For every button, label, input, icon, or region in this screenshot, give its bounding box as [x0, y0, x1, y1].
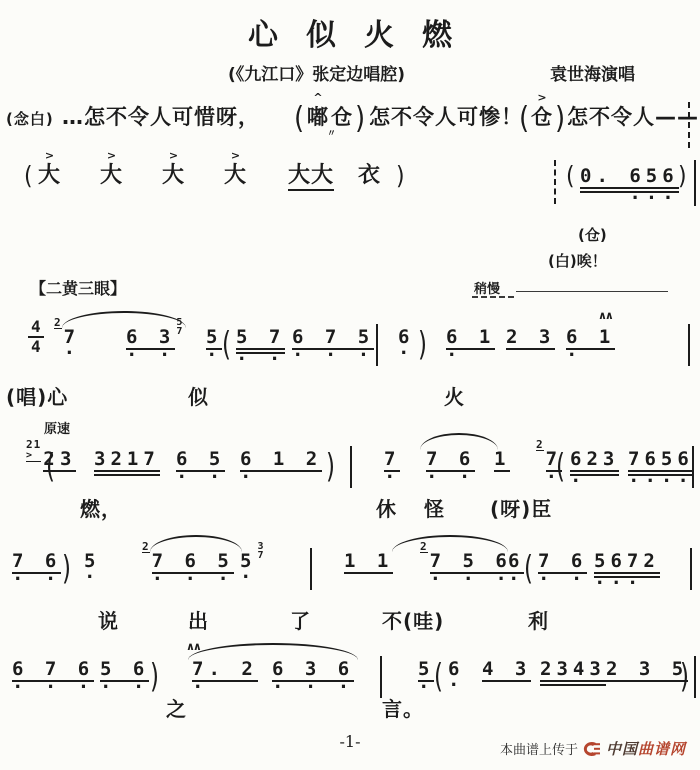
note-stack: (	[524, 550, 533, 576]
note-cell: 7656····	[628, 448, 694, 486]
spoken-annotation-ai: (白)唉！	[548, 250, 607, 271]
note-stack: 5·	[84, 550, 100, 582]
note-cell: 6 1·	[566, 326, 615, 360]
barline	[554, 160, 556, 204]
paren: (	[566, 162, 575, 188]
note-cell: 7. 2·	[192, 658, 258, 692]
tempo-mark-shaoman: 稍慢	[474, 278, 500, 297]
paren-glyph: )	[62, 550, 71, 588]
paren-glyph: )	[418, 326, 427, 364]
note-text: 出	[188, 608, 209, 635]
note-stack: 6 1·	[566, 326, 615, 360]
note-stack: 6 3 6· · ·	[272, 658, 354, 692]
time-signature: 44	[28, 318, 44, 356]
octave-dots: ·	[206, 351, 222, 360]
note-cell: 6 7 5· · ·	[292, 326, 374, 360]
octave-dots: ·	[448, 681, 464, 690]
octave-dots: ·	[446, 351, 495, 360]
note-stack: 大	[38, 162, 61, 189]
octave-dots: · · ·	[272, 683, 354, 692]
barline	[376, 324, 378, 366]
note-text: 5 7	[236, 326, 285, 350]
paren: (	[24, 162, 33, 188]
note-cell: 大>	[224, 162, 247, 189]
note-cell: 6·	[448, 658, 464, 690]
site-name: 中国曲谱网	[606, 738, 686, 759]
note-cell: 6 5· ·	[176, 448, 225, 482]
note-stack: (念白)	[6, 109, 54, 129]
octave-dots: ···	[580, 194, 679, 203]
page-title: 心似火燃	[0, 10, 700, 54]
note-stack: 5 7· ·	[236, 326, 285, 364]
lyric-cell: 火	[444, 384, 465, 411]
note-cell: 7·	[384, 448, 400, 482]
note-stack: 2 3	[506, 326, 555, 350]
note-stack: 怎不令人——	[567, 104, 699, 131]
note-stack: 嘟	[307, 104, 329, 131]
note-text: 利	[528, 608, 549, 635]
note-cell: 7 6· ·	[12, 550, 61, 584]
octave-dots: · ·	[538, 575, 587, 584]
paren-glyph: )	[396, 162, 405, 192]
paren-glyph: )	[326, 448, 335, 486]
lyric-cell: 燃，	[80, 496, 122, 523]
note-stack: 2 3 5	[606, 658, 688, 682]
note-text: 衣	[358, 162, 381, 189]
note-stack: (	[566, 162, 575, 188]
barline	[694, 656, 696, 698]
note-stack: 6·	[448, 658, 464, 690]
accent-mark: >	[45, 149, 54, 162]
note-text: 怎不令人——	[567, 104, 699, 131]
lyric-cell: 不(哇)	[382, 608, 444, 635]
note-stack: 衣	[358, 162, 381, 189]
paren-glyph: )	[678, 162, 687, 192]
lyric-cell: 之	[166, 696, 187, 723]
note-stack: 4 3	[482, 658, 531, 682]
note-cell: 6 3 6· · ·	[272, 658, 354, 692]
note-stack: (	[556, 448, 565, 474]
barline	[310, 548, 312, 590]
paren: )	[680, 658, 689, 684]
time-signature-digit: 4	[28, 318, 44, 338]
paren-glyph: (	[294, 104, 304, 134]
paren-glyph: )	[680, 658, 689, 696]
accent-mark: >	[169, 149, 178, 162]
octave-dots: · ·	[126, 351, 175, 360]
barline	[688, 102, 690, 148]
octave-dots: ·	[192, 683, 258, 692]
lyric-cell: 言。	[382, 696, 424, 723]
paren-glyph: (	[519, 104, 529, 134]
note-text: 2343	[540, 658, 606, 682]
paren-glyph: (	[566, 162, 575, 192]
mode-label: 【二黄三眼】	[30, 276, 126, 299]
note-cell: 1 1	[344, 550, 393, 574]
lyric-cell: (唱)心	[6, 384, 68, 411]
paren-glyph: (	[434, 658, 443, 696]
paren-glyph: (	[524, 550, 533, 588]
note-stack: 6 5· ·	[176, 448, 225, 482]
note-cell: 6 7 6· · ·	[12, 658, 94, 692]
site-name-secondary: 曲谱网	[638, 740, 686, 758]
note-text: 了	[290, 608, 311, 635]
note-text: 2 3	[506, 326, 555, 350]
paren-glyph: (	[24, 162, 33, 192]
note-cell: 5672···	[594, 550, 660, 588]
octave-dots: ·	[570, 477, 619, 486]
note-cell: 6 1 2·	[240, 448, 322, 482]
note-stack: 大大	[288, 162, 334, 191]
upload-credit: 本曲谱上传于 中国曲谱网	[500, 738, 686, 759]
octave-dots: ···	[594, 579, 660, 588]
subtitle: (《九江口》张定边唱腔)	[228, 60, 405, 85]
note-stack: 6 1·	[446, 326, 495, 360]
note-stack: )	[62, 550, 71, 576]
note-stack: 了	[290, 608, 311, 635]
note-cell: 6·	[508, 550, 524, 584]
note-stack: 7 6· ·	[426, 448, 475, 482]
note-cell: 3217	[94, 448, 160, 476]
note-text: …怎不令人可惜呀，	[62, 104, 260, 131]
note-cell: 怎不令人可惨！	[369, 104, 523, 131]
note-text: 大	[38, 162, 61, 189]
note-stack: 6 7 5· · ·	[292, 326, 374, 360]
note-stack: (	[46, 448, 55, 474]
score-sheet: 心似火燃 (《九江口》张定边唱腔) 袁世海演唱 (念白)…怎不令人可惜呀，(嘟^…	[0, 0, 700, 770]
grace-notes: 2	[536, 439, 544, 451]
note-text: 3	[60, 448, 76, 472]
note-text: 大	[100, 162, 123, 189]
note-text: 0. 656	[580, 165, 679, 189]
octave-dots: · ·	[236, 355, 285, 364]
performer-credit: 袁世海演唱	[550, 60, 635, 85]
note-text: 仓	[531, 104, 553, 131]
paren: )	[418, 326, 427, 352]
note-stack: 5·	[418, 658, 434, 692]
accent-mark: >	[26, 450, 41, 461]
note-cell: 0. 656 ···	[580, 165, 679, 203]
note-text: 之	[166, 696, 187, 723]
lyric-cell: 似	[188, 384, 209, 411]
paren: )	[555, 104, 565, 130]
credit-text: 本曲谱上传于	[500, 739, 578, 758]
note-stack: 似	[188, 384, 209, 411]
note-cell: 5 7· ·	[236, 326, 285, 364]
paren: (	[222, 326, 231, 352]
note-text: 怪	[424, 496, 445, 523]
note-cell: 大>	[100, 162, 123, 189]
note-cell: 1	[494, 448, 510, 472]
note-text: 休	[376, 496, 397, 523]
barline	[380, 656, 382, 698]
note-stack: 说	[98, 608, 119, 635]
accent-mark: ^	[313, 91, 322, 104]
note-text: 说	[98, 608, 119, 635]
site-logo-icon	[582, 740, 602, 758]
note-stack: 3217	[94, 448, 160, 476]
note-stack: 出	[188, 608, 209, 635]
paren: )	[396, 162, 405, 188]
accent-mark: >	[231, 149, 240, 162]
barline	[692, 446, 694, 488]
octave-dots: ·	[240, 573, 256, 582]
note-text: 不(哇)	[382, 608, 444, 635]
note-stack: 利	[528, 608, 549, 635]
lyric-cell: 利	[528, 608, 549, 635]
time-signature-fraction: 44	[28, 318, 44, 356]
note-stack: 7656····	[628, 448, 694, 486]
note-stack: 燃，	[80, 496, 122, 523]
note-stack: )	[396, 162, 405, 188]
note-text: 3217	[94, 448, 160, 472]
octave-dots: · · ·	[430, 575, 512, 584]
note-stack: 之	[166, 696, 187, 723]
percussion-annotation-cang: (仓)	[578, 224, 607, 245]
paren-glyph: )	[150, 658, 159, 696]
octave-dots: ·	[566, 351, 615, 360]
note-stack: …怎不令人可惜呀，	[62, 104, 260, 131]
note-stack: 怎不令人可惨！	[369, 104, 523, 131]
note-cell: 27 6 5· · ·	[142, 550, 234, 584]
note-stack: 火	[444, 384, 465, 411]
note-text: 1 1	[344, 550, 393, 574]
note-stack: 5·	[206, 326, 222, 360]
note-stack: (	[519, 104, 529, 130]
note-cell: 5 6· ·	[100, 658, 149, 692]
grace-notes: 2	[54, 317, 62, 329]
note-stack: (	[294, 104, 304, 130]
paren: )	[62, 550, 71, 576]
note-text: 嘟	[307, 104, 329, 131]
paren: )	[678, 162, 687, 188]
note-cell: 大>	[162, 162, 185, 189]
note-text: (念白)	[6, 109, 54, 129]
note-stack: 怪	[424, 496, 445, 523]
note-cell: 623·	[570, 448, 619, 486]
note-text: 大	[162, 162, 185, 189]
note-stack: 0. 656 ···	[580, 165, 679, 203]
second-beam-line	[540, 684, 606, 686]
note-cell: 5·	[84, 550, 100, 582]
paren-glyph: )	[355, 104, 365, 134]
note-stack: 3	[60, 448, 76, 472]
note-stack: 7 6· ·	[538, 550, 587, 584]
slur-arc	[188, 643, 358, 660]
lyric-cell: (呀)臣	[490, 496, 552, 523]
note-stack: 7. 2·	[192, 658, 258, 692]
note-stack: (	[222, 326, 231, 352]
note-text: (呀)臣	[490, 496, 552, 523]
note-stack: 5 6· ·	[100, 658, 149, 692]
octave-dots: ·	[384, 473, 400, 482]
lyric-cell: 休	[376, 496, 397, 523]
note-text: 623	[570, 448, 619, 472]
note-cell: 6·	[398, 326, 414, 358]
paren-glyph: (	[556, 448, 565, 486]
site-name-primary: 中国	[606, 740, 638, 758]
note-stack: 言。	[382, 696, 424, 723]
grace-notes: 2	[142, 541, 150, 553]
note-stack: 623·	[570, 448, 619, 486]
grace-notes: 21>	[26, 439, 41, 462]
note-stack: 7·	[64, 326, 80, 358]
note-cell: 衣	[358, 162, 381, 189]
note-stack: 6 3· ·	[126, 326, 175, 360]
note-stack: (呀)臣	[490, 496, 552, 523]
slur-arc	[420, 433, 498, 450]
barline	[690, 548, 692, 590]
octave-dots: ·	[240, 473, 322, 482]
lyric-cell: 出	[188, 608, 209, 635]
slur-arc	[150, 535, 242, 552]
note-stack: 大	[100, 162, 123, 189]
tremolo-mark: ∧∧	[598, 309, 612, 322]
note-text: 大大	[288, 162, 334, 191]
note-stack: 6·	[508, 550, 524, 584]
octave-dots: · ·	[176, 473, 225, 482]
note-text: 1	[494, 448, 510, 472]
slur-arc	[62, 311, 186, 328]
note-text: 4 3	[482, 658, 531, 682]
octave-dots: ····	[628, 477, 694, 486]
note-stack: 5·	[240, 550, 256, 582]
note-cell: 5·37	[240, 550, 263, 582]
note-stack: 6 7 6· · ·	[12, 658, 94, 692]
note-text: 5672	[594, 550, 660, 574]
barline	[350, 446, 352, 488]
note-stack: )	[326, 448, 335, 474]
note-stack: )	[678, 162, 687, 188]
note-text: 似	[188, 384, 209, 411]
note-text: 怎不令人可惨！	[369, 104, 523, 131]
octave-dots: ·	[64, 349, 80, 358]
octave-dots: ·	[418, 683, 434, 692]
octave-dots: ·	[398, 349, 414, 358]
note-cell: 2343	[540, 658, 606, 686]
note-cell: 2 3	[506, 326, 555, 350]
note-cell: 3	[60, 448, 76, 472]
paren: (	[46, 448, 55, 474]
note-cell: …怎不令人可惜呀，	[62, 104, 260, 131]
note-stack: 不(哇)	[382, 608, 444, 635]
note-stack: 6 1 2·	[240, 448, 322, 482]
note-stack: 5672···	[594, 550, 660, 588]
note-stack: 7·	[384, 448, 400, 482]
second-beam-line	[94, 474, 160, 476]
note-stack: )	[355, 104, 365, 130]
tempo-dashed-line	[472, 296, 514, 298]
note-stack: )	[418, 326, 427, 352]
time-signature-digit: 4	[28, 338, 44, 356]
note-stack: 1 1	[344, 550, 393, 574]
paren-glyph: (	[222, 326, 231, 364]
paren: )	[326, 448, 335, 474]
paren-glyph: (	[46, 448, 55, 486]
accent-mark: >	[107, 149, 116, 162]
lyric-cell: 怪	[424, 496, 445, 523]
note-stack: 大	[162, 162, 185, 189]
ditto-mark: 〃	[327, 126, 336, 139]
octave-dots: · ·	[100, 683, 149, 692]
note-cell: (念白)	[6, 109, 54, 129]
note-cell: 27·	[54, 326, 80, 358]
slur-arc	[392, 535, 508, 552]
note-cell: 5·	[418, 658, 434, 692]
octave-dots: · · ·	[292, 351, 374, 360]
note-cell: 27 5 6· · ·	[420, 550, 512, 584]
paren: (	[434, 658, 443, 684]
note-cell: 嘟^	[307, 104, 329, 131]
note-text: 言。	[382, 696, 424, 723]
note-stack: 休	[376, 496, 397, 523]
paren: (	[294, 104, 304, 130]
paren: (	[556, 448, 565, 474]
lyric-cell: 了	[290, 608, 311, 635]
barline	[694, 160, 696, 206]
note-stack: 1	[494, 448, 510, 472]
lyric-cell: 说	[98, 608, 119, 635]
note-text: 火	[444, 384, 465, 411]
note-cell: 4 3	[482, 658, 531, 682]
note-stack: )	[555, 104, 565, 130]
note-cell: 6 3· ·57	[126, 326, 182, 360]
note-stack: 大	[224, 162, 247, 189]
note-cell: 7 6· ·	[426, 448, 475, 482]
note-stack: 7 6· ·	[12, 550, 61, 584]
note-stack: 7 6 5· · ·	[152, 550, 234, 584]
note-stack: 7 5 6· · ·	[430, 550, 512, 584]
note-text: (唱)心	[6, 384, 68, 411]
note-stack: (	[24, 162, 33, 188]
paren: (	[524, 550, 533, 576]
paren: )	[150, 658, 159, 684]
note-stack: 仓	[531, 104, 553, 131]
after-grace-notes: 37	[257, 542, 263, 560]
accent-mark: >	[537, 91, 546, 104]
note-text: 燃，	[80, 496, 122, 523]
note-cell: 2 3 5	[606, 658, 688, 682]
octave-dots: · · ·	[12, 683, 94, 692]
tempo-extent-line	[516, 291, 668, 292]
octave-dots: · ·	[426, 473, 475, 482]
paren: (	[519, 104, 529, 130]
note-cell: 仓>	[531, 104, 553, 131]
note-cell: 7 6· ·	[538, 550, 587, 584]
note-text: 2 3 5	[606, 658, 688, 682]
barline	[688, 324, 690, 366]
note-stack: )	[150, 658, 159, 684]
octave-dots: ·	[508, 575, 524, 584]
note-cell: 6 1·	[446, 326, 495, 360]
note-stack: (唱)心	[6, 384, 68, 411]
note-cell: 大>	[38, 162, 61, 189]
octave-dots: ·	[84, 573, 100, 582]
note-stack: 6·	[398, 326, 414, 358]
note-stack: (	[434, 658, 443, 684]
paren-glyph: )	[555, 104, 565, 134]
note-text: 7656	[628, 448, 694, 472]
note-text: 大	[224, 162, 247, 189]
note-stack: )	[680, 658, 689, 684]
tremolo-mark: ∧∧	[186, 640, 200, 653]
octave-dots: · ·	[12, 575, 61, 584]
note-cell: 大大	[288, 162, 334, 191]
paren: )	[355, 104, 365, 130]
note-cell: 怎不令人——	[567, 104, 699, 131]
note-cell: 5·	[206, 326, 222, 360]
note-stack: 2343	[540, 658, 606, 686]
